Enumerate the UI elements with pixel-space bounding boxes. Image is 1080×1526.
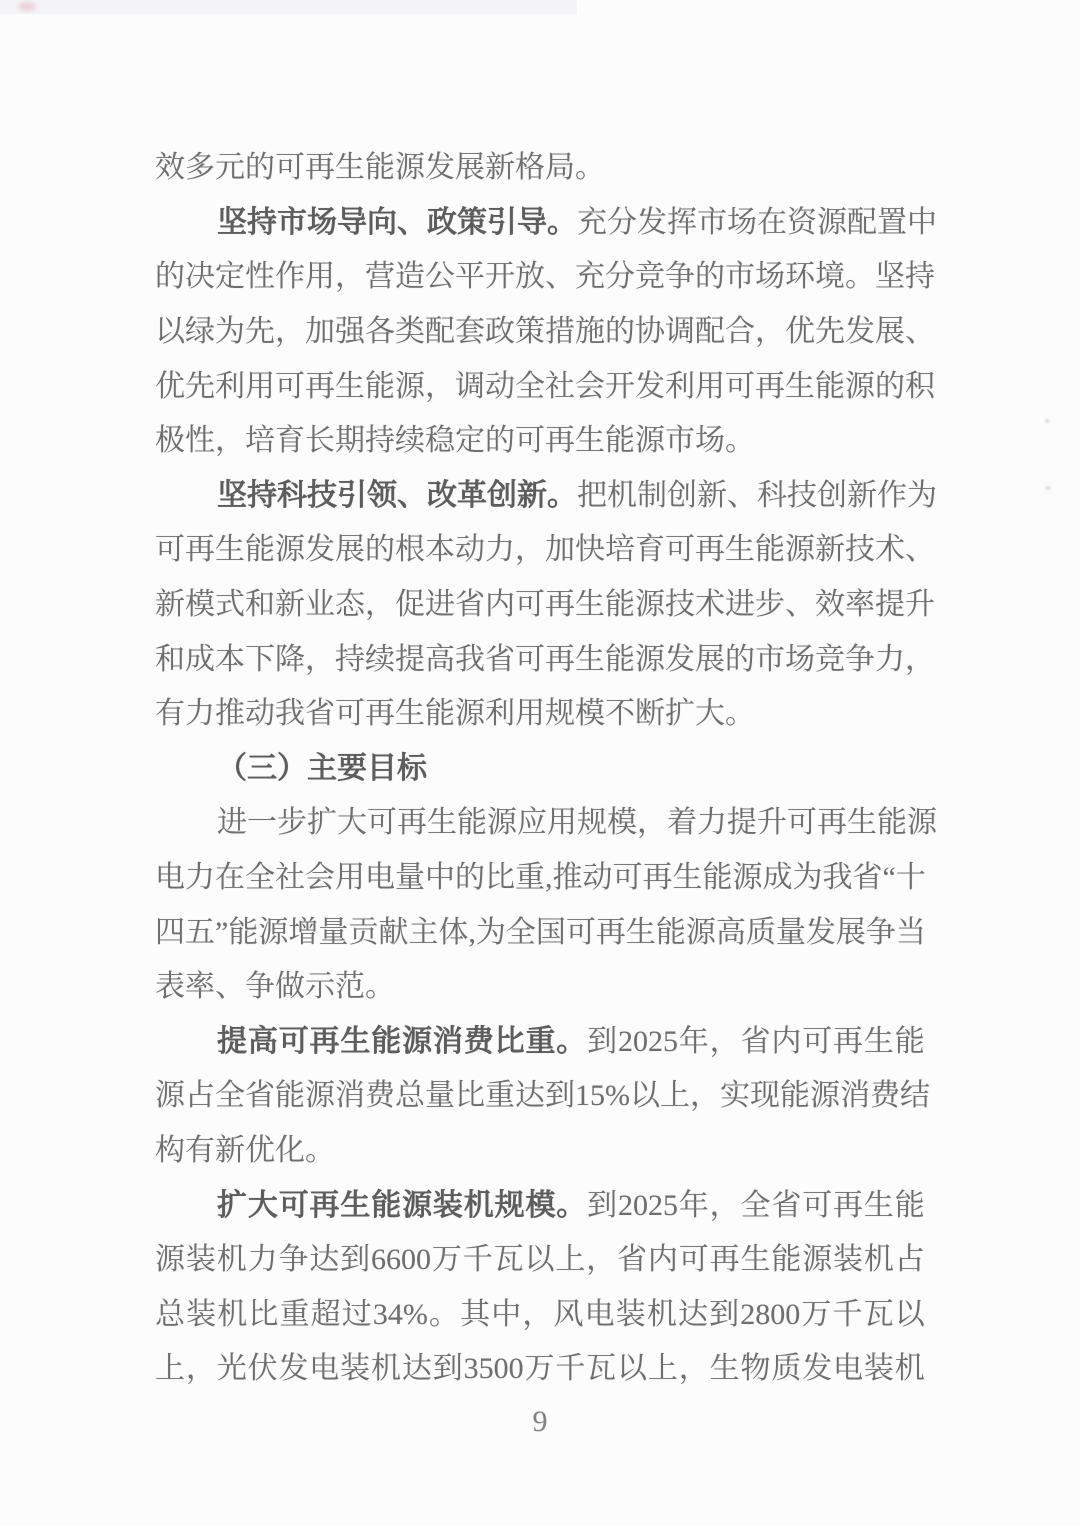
text-line: 上，光伏发电装机达到3500万千瓦以上，生物质发电装机	[155, 1342, 925, 1397]
text-line: 源占全省能源消费总量比重达到15%以上，实现能源消费结	[155, 1069, 925, 1124]
text-line: 构有新优化。	[155, 1124, 925, 1179]
text-line: 可再生能源发展的根本动力，加快培育可再生能源新技术、	[155, 523, 925, 578]
scan-speck	[1045, 419, 1049, 423]
text-line: 以绿为先，加强各类配套政策措施的协调配合，优先发展、	[155, 305, 925, 360]
text-line: 电力在全社会用电量中的比重,推动可再生能源成为我省“十	[155, 851, 925, 906]
text-line: 坚持科技引领、改革创新。把机制创新、科技创新作为	[155, 469, 925, 524]
document-page: 效多元的可再生能源发展新格局。坚持市场导向、政策引导。充分发挥市场在资源配置中的…	[0, 0, 1080, 1526]
text-line: 有力推动我省可再生能源利用规模不断扩大。	[155, 687, 925, 742]
scan-artifact-smudge	[18, 2, 36, 11]
document-text: 效多元的可再生能源发展新格局。坚持市场导向、政策引导。充分发挥市场在资源配置中的…	[155, 141, 925, 1397]
text-line: 效多元的可再生能源发展新格局。	[155, 141, 925, 196]
text-line: 和成本下降，持续提高我省可再生能源发展的市场竞争力，	[155, 632, 925, 687]
text-line: 源装机力争达到6600万千瓦以上，省内可再生能源装机占	[155, 1233, 925, 1288]
text-line: 优先利用可再生能源，调动全社会开发利用可再生能源的积	[155, 359, 925, 414]
text-line: 坚持市场导向、政策引导。充分发挥市场在资源配置中	[155, 196, 925, 251]
text-line: 提高可再生能源消费比重。到2025年，省内可再生能	[155, 1015, 925, 1070]
text-line: 表率、争做示范。	[155, 960, 925, 1015]
text-line: 四五”能源增量贡献主体,为全国可再生能源高质量发展争当	[155, 905, 925, 960]
text-line: 的决定性作用，营造公平开放、充分竞争的市场环境。坚持	[155, 250, 925, 305]
text-line: 极性，培育长期持续稳定的可再生能源市场。	[155, 414, 925, 469]
scan-speck	[1046, 486, 1050, 490]
text-line: 进一步扩大可再生能源应用规模，着力提升可再生能源	[155, 796, 925, 851]
scan-artifact-strip	[0, 0, 577, 14]
text-line: 总装机比重超过34%。其中，风电装机达到2800万千瓦以	[155, 1287, 925, 1342]
text-line: 新模式和新业态，促进省内可再生能源技术进步、效率提升	[155, 578, 925, 633]
page-number: 9	[0, 1405, 1080, 1439]
text-line: （三）主要目标	[155, 742, 925, 797]
text-line: 扩大可再生能源装机规模。到2025年，全省可再生能	[155, 1178, 925, 1233]
